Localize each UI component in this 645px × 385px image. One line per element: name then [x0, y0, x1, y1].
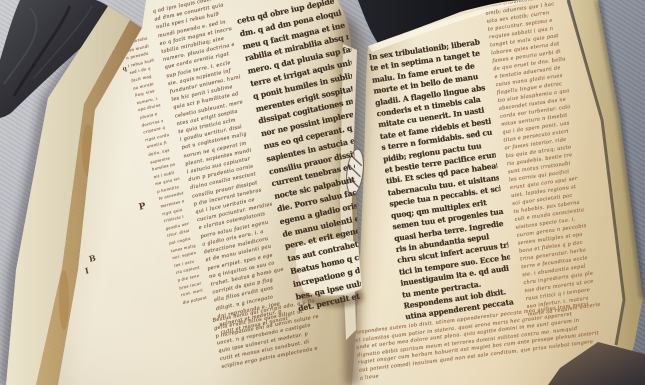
book-illustration	[0, 0, 645, 385]
stain-blotch	[59, 270, 69, 330]
manuscript-photo: gg. moraliaspes mundin ponendai rebus hu…	[0, 0, 645, 385]
curled-leaf-corner	[295, 239, 362, 296]
